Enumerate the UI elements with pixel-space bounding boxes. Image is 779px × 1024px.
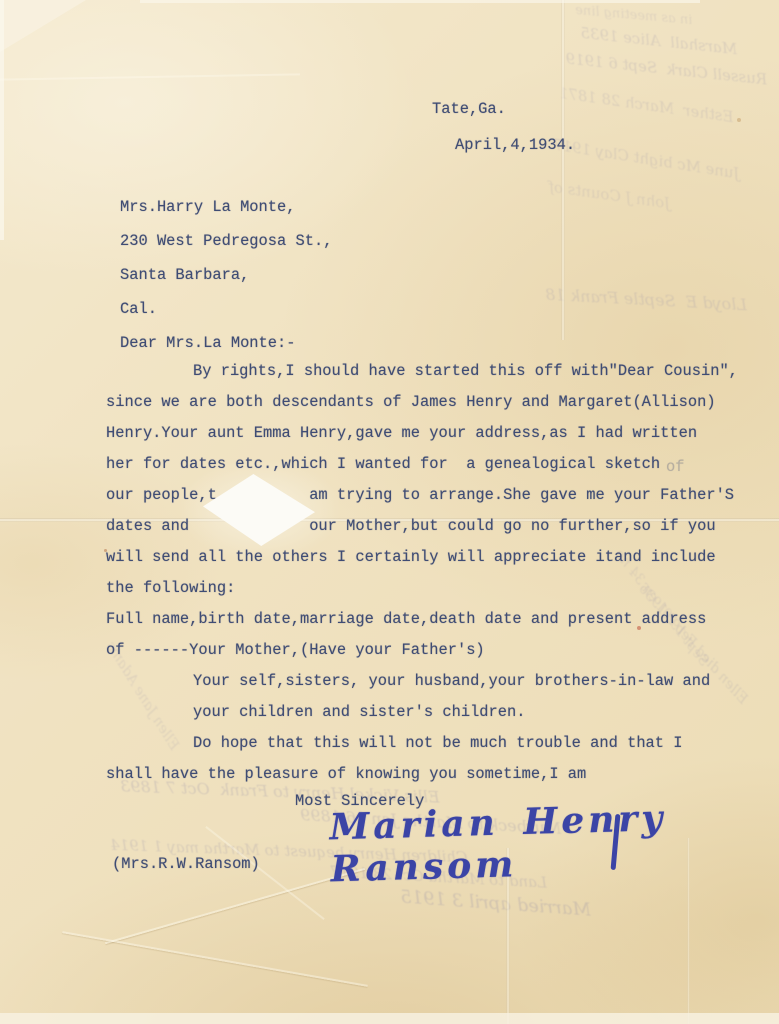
- letter-place-line: Tate,Ga.: [432, 100, 506, 118]
- body-line: dates and our Mother,but could go no fur…: [106, 517, 716, 535]
- letter-scan: Tate,Ga. April,4,1934. in as meeting lin…: [0, 0, 779, 1024]
- body-line: By rights,I should have started this off…: [193, 362, 738, 380]
- scan-edge-left: [0, 0, 4, 240]
- bleedthrough-handwriting: June Mc bight Clay 1917: [552, 135, 741, 182]
- address-line: Santa Barbara,: [120, 266, 249, 284]
- wrinkle-bottom-left-2: [62, 931, 368, 987]
- signature-typed-title: (Mrs.R.W.Ransom): [112, 855, 260, 873]
- letter-date-line: April,4,1934.: [455, 136, 575, 154]
- address-line: Cal.: [120, 300, 157, 318]
- bleedthrough-handwriting: Esther March 28 1871: [558, 84, 735, 126]
- bleedthrough-handwriting: Married april 3 1915: [400, 886, 592, 920]
- body-line: since we are both descendants of James H…: [106, 393, 716, 411]
- address-line: Dear Mrs.La Monte:-: [120, 334, 295, 352]
- body-line: your children and sister's children.: [193, 703, 526, 721]
- address-line: Mrs.Harry La Monte,: [120, 198, 295, 216]
- wrinkle-bottom-left-1: [105, 868, 365, 944]
- handwritten-signature: Marian Henry Ransom: [329, 794, 779, 891]
- bleedthrough-handwriting: Russell Clark Sept 6 1919: [565, 49, 768, 88]
- body-line: Henry.Your aunt Emma Henry,gave me your …: [106, 424, 697, 442]
- wrinkle-bottom-left-3: [205, 826, 324, 920]
- body-line: shall have the pleasure of knowing you s…: [106, 765, 586, 783]
- wrinkle-top-left: [0, 73, 300, 80]
- body-line: of ------Your Mother,(Have your Father's…: [106, 641, 485, 659]
- body-line: the following:: [106, 579, 235, 597]
- body-line: her for dates etc.,which I wanted for a …: [106, 455, 660, 473]
- faint-typed-word: of: [666, 458, 684, 476]
- body-line: Your self,sisters, your husband,your bro…: [193, 672, 710, 690]
- scan-edge-top: [140, 0, 700, 3]
- bleedthrough-handwriting: John J Counts of: [547, 178, 671, 213]
- body-line: will send all the others I certainly wil…: [106, 548, 716, 566]
- body-line: our people,t am trying to arrange.She ga…: [106, 486, 734, 504]
- scan-edge-bottom: [0, 1013, 779, 1024]
- body-line: Do hope that this will not be much troub…: [193, 734, 683, 752]
- vertical-fold-crease-top: [561, 0, 565, 340]
- paper-speck-3: [737, 118, 741, 122]
- paper-corner-fold: [0, 0, 86, 52]
- body-line: Full name,birth date,marriage date,death…: [106, 610, 706, 628]
- address-line: 230 West Pedregosa St.,: [120, 232, 332, 250]
- bleedthrough-handwriting: Lloyd E Septle Frank 18: [545, 285, 748, 315]
